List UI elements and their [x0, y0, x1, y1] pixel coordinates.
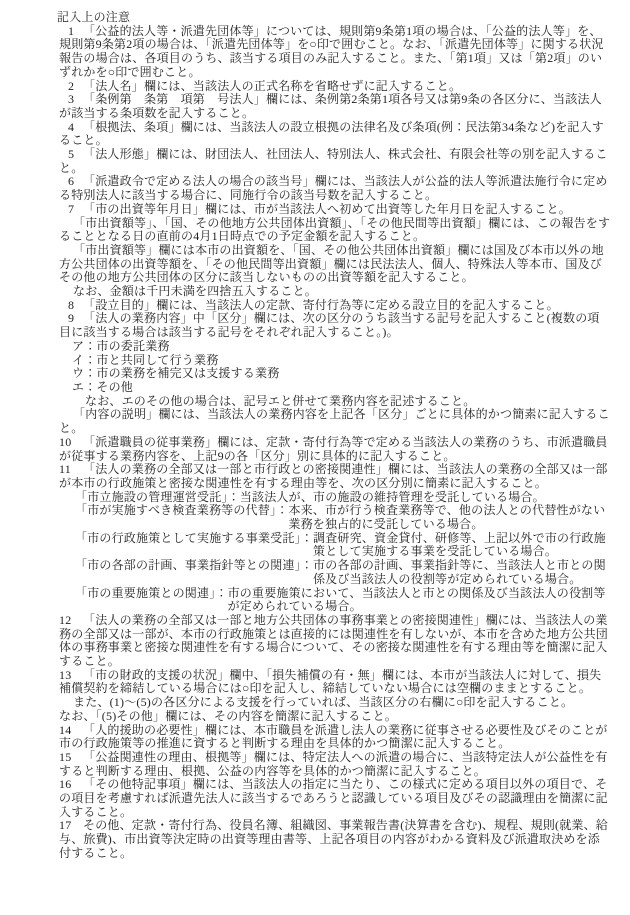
- item-paragraph: 「市出資額等」、「国、その他地方公共団体出資額」、「その他民間等出資額」欄には、…: [59, 217, 611, 244]
- item-paragraph: 12「法人の業務の全部又は一部と地方公共団体の事務事業との密接関連性」欄には、当…: [59, 614, 611, 669]
- list-item: 9「法人の業務内容」中「区分」欄には、次の区分のうち該当する記号を記入すること(…: [59, 312, 611, 435]
- list-item: 4「根拠法、条項」欄には、当該法人の設立根拠の法律名及び条項(例：民法第34条な…: [59, 121, 611, 148]
- item-text: 「内容の説明」欄には、当該法人の業務内容を上記各「区分」ごとに具体的かつ簡素に記…: [59, 407, 610, 435]
- def-description: 調査研究、資金貸付、研修等、上記以外で市の行政施策として実施する事業を受託してい…: [313, 532, 611, 559]
- def-term: 「市の行政施策として実施する事業受託」：: [75, 532, 313, 559]
- item-paragraph: 17その他、定款・寄付行為、役員名簿、組織図、事業報告書(決算書を含む)、規程、…: [59, 819, 611, 860]
- item-number: 7: [59, 203, 83, 217]
- item-paragraph: 「市出資額等」欄には本市の出資額を、「国、その他公共団体出資額」欄には国及び本市…: [59, 244, 611, 285]
- list-item: 11「法人の業務の全部又は一部と市行政との密接関連性」欄には、当該法人の業務の全…: [59, 463, 611, 614]
- item-text: 「法人名」欄には、当該法人の正式名称を省略せずに記入すること。: [83, 79, 461, 93]
- document-page: 記入上の注意 1「公益的法人等・派遣先団体等」については、規則第9条第1項の場合…: [0, 0, 630, 915]
- item-text: なお、金額は千円未満を四捨五入すること。: [73, 284, 317, 298]
- item-text: また、(1)〜(5)の各区分による支援を行っていれば、当該区分の右欄に○印を記入…: [73, 695, 573, 709]
- item-paragraph: 9「法人の業務内容」中「区分」欄には、次の区分のうち該当する記号を記入すること(…: [59, 312, 611, 339]
- list-item: 17その他、定款・寄付行為、役員名簿、組織図、事業報告書(決算書を含む)、規程、…: [59, 819, 611, 860]
- item-paragraph: 16「その他特記事項」欄には、当該法人の指定に当たり、この様式に定める項目以外の…: [59, 778, 611, 819]
- item-text: その他、定款・寄付行為、役員名簿、組織図、事業報告書(決算書を含む)、規程、規則…: [59, 818, 608, 859]
- item-text: ウ：市の業務を補完又は支援する業務: [72, 366, 279, 380]
- list-item: 14「人的援助の必要性」欄には、本市職員を派遣し法人の業務に従事させる必要性及び…: [59, 724, 611, 751]
- item-number: 11: [59, 463, 83, 477]
- list-item: 5「法人形態」欄には、財団法人、社団法人、特別法人、株式会社、有限会社等の別を記…: [59, 148, 611, 175]
- item-text: 「法人の業務内容」中「区分」欄には、次の区分のうち該当する記号を記入すること(複…: [59, 311, 600, 339]
- list-item: 3「条例第 条第 項第 号法人」欄には、条例第2条第1項各号又は第9条の各区分に…: [59, 93, 611, 120]
- item-paragraph: 14「人的援助の必要性」欄には、本市職員を派遣し法人の業務に従事させる必要性及び…: [59, 724, 611, 751]
- item-text: なお、「(5)その他」欄には、その内容を簡潔に記入すること。: [59, 709, 397, 723]
- definition-row: 「市が実施すべき検査業務等の代替」：本来、市が行う検査業務等で、他の法人との代替…: [75, 504, 611, 531]
- item-paragraph: 6「派遣政令で定める法人の場合の該当号」欄には、当該法人が公益的法人等派遣法施行…: [59, 175, 611, 202]
- definition-row: 「市の各部の計画、事業指針等との関連」：市の各部の計画、事業指針等に、当該法人と…: [75, 559, 611, 586]
- item-text: 「法人の業務の全部又は一部と市行政との密接関連性」欄には、当該法人の業務の全部又…: [59, 462, 608, 490]
- def-description: 本来、市が行う検査業務等で、他の法人との代替性がない業務を独占的に受託している場…: [288, 504, 611, 531]
- item-paragraph: 13「市の財政的支援の状況」欄中、「損失補償の有・無」欄には、本市が当該法人に対…: [59, 669, 611, 696]
- item-paragraph: 10「派遣職員の従事業務」欄には、定款・寄付行為等で定める当該法人の業務のうち、…: [59, 436, 611, 463]
- item-paragraph: ウ：市の業務を補完又は支援する業務: [72, 367, 611, 381]
- item-text: 「市出資額等」、「国、その他地方公共団体出資額」、「その他民間等出資額」欄には、…: [59, 216, 610, 244]
- definition-row: 「市の行政施策として実施する事業受託」：調査研究、資金貸付、研修等、上記以外で市…: [75, 532, 611, 559]
- item-paragraph: 11「法人の業務の全部又は一部と市行政との密接関連性」欄には、当該法人の業務の全…: [59, 463, 611, 490]
- item-paragraph: エ：その他: [72, 381, 611, 395]
- item-text: 「派遣職員の従事業務」欄には、定款・寄付行為等で定める当該法人の業務のうち、市派…: [59, 435, 608, 463]
- item-text: エ：その他: [72, 380, 133, 394]
- def-description: 市の重要施策において、当該法人と市との関係及び当該法人の役割等が定められている場…: [228, 587, 611, 614]
- item-number: 15: [59, 751, 83, 765]
- item-paragraph: なお、「(5)その他」欄には、その内容を簡潔に記入すること。: [59, 710, 611, 724]
- definition-row: 「市の重要施策との関連」：市の重要施策において、当該法人と市との関係及び当該法人…: [75, 587, 611, 614]
- item-text: 「市の財政的支援の状況」欄中、「損失補償の有・無」欄には、本市が当該法人に対して…: [59, 668, 601, 696]
- def-term: 「市が実施すべき検査業務等の代替」：: [75, 504, 288, 531]
- item-paragraph: 1「公益的法人等・派遣先団体等」については、規則第9条第1項の場合は、「公益的法…: [59, 25, 611, 80]
- item-paragraph: なお、金額は千円未満を四捨五入すること。: [59, 285, 611, 299]
- item-text: 「人的援助の必要性」欄には、本市職員を派遣し法人の業務に従事させる必要性及びその…: [59, 723, 608, 751]
- item-text: 「法人形態」欄には、財団法人、社団法人、特別法人、株式会社、有限会社等の別を記入…: [59, 147, 608, 175]
- list-item: 1「公益的法人等・派遣先団体等」については、規則第9条第1項の場合は、「公益的法…: [59, 25, 611, 80]
- item-text: 「根拠法、条項」欄には、当該法人の設立根拠の法律名及び条項(例：民法第34条など…: [59, 120, 604, 148]
- item-text: 「公益関連性の理由、根拠等」欄には、特定法人への派遣の場合に、当該特定法人が公益…: [59, 750, 608, 778]
- item-number: 10: [59, 436, 83, 450]
- list-item: 12「法人の業務の全部又は一部と地方公共団体の事務事業との密接関連性」欄には、当…: [59, 614, 611, 669]
- page-title: 記入上の注意: [57, 11, 611, 25]
- item-text: イ：市と共同して行う業務: [72, 353, 218, 367]
- item-text: 「条例第 条第 項第 号法人」欄には、条例第2条第1項各号又は第9条の各区分に、…: [59, 92, 602, 120]
- item-paragraph: 15「公益関連性の理由、根拠等」欄には、特定法人への派遣の場合に、当該特定法人が…: [59, 751, 611, 778]
- item-number: 4: [59, 121, 83, 135]
- item-text: 「設立目的」欄には、当該法人の定款、寄付行為等に定める設立目的を記入すること。: [83, 298, 559, 312]
- list-item: 7「市の出資等年月日」欄には、市が当該法人へ初めて出資等した年月日を記入すること…: [59, 203, 611, 299]
- item-number: 8: [59, 299, 83, 313]
- def-term: 「市の各部の計画、事業指針等との関連」：: [75, 559, 313, 586]
- item-paragraph: 4「根拠法、条項」欄には、当該法人の設立根拠の法律名及び条項(例：民法第34条な…: [59, 121, 611, 148]
- list-item: 10「派遣職員の従事業務」欄には、定款・寄付行為等で定める当該法人の業務のうち、…: [59, 436, 611, 463]
- item-text: 「市出資額等」欄には本市の出資額を、「国、その他公共団体出資額」欄には国及び本市…: [59, 243, 604, 284]
- item-paragraph: 5「法人形態」欄には、財団法人、社団法人、特別法人、株式会社、有限会社等の別を記…: [59, 148, 611, 175]
- item-number: 12: [59, 614, 83, 628]
- item-paragraph: また、(1)〜(5)の各区分による支援を行っていれば、当該区分の右欄に○印を記入…: [59, 696, 611, 710]
- list-item: 15「公益関連性の理由、根拠等」欄には、特定法人への派遣の場合に、当該特定法人が…: [59, 751, 611, 778]
- item-text: 「公益的法人等・派遣先団体等」については、規則第9条第1項の場合は、「公益的法人…: [59, 24, 604, 79]
- item-number: 3: [59, 93, 83, 107]
- list-item: 13「市の財政的支援の状況」欄中、「損失補償の有・無」欄には、本市が当該法人に対…: [59, 669, 611, 724]
- def-description: 市の各部の計画、事業指針等に、当該法人と市との関係及び当該法人の役割等が定められ…: [313, 559, 611, 586]
- item-paragraph: 「内容の説明」欄には、当該法人の業務内容を上記各「区分」ごとに具体的かつ簡素に記…: [59, 408, 611, 435]
- item-paragraph: 7「市の出資等年月日」欄には、市が当該法人へ初めて出資等した年月日を記入すること…: [59, 203, 611, 217]
- item-paragraph: 3「条例第 条第 項第 号法人」欄には、条例第2条第1項各号又は第9条の各区分に…: [59, 93, 611, 120]
- item-paragraph: ア：市の委託業務: [72, 340, 611, 354]
- item-number: 2: [59, 80, 83, 94]
- def-term: 「市の重要施策との関連」：: [75, 587, 228, 614]
- item-text: 「派遣政令で定める法人の場合の該当号」欄には、当該法人が公益的法人等派遣法施行令…: [59, 174, 608, 202]
- item-text: なお、エのその他の場合は、記号エと併せて業務内容を記述すること。: [85, 394, 475, 408]
- item-number: 5: [59, 148, 83, 162]
- item-text: ア：市の委託業務: [72, 339, 170, 353]
- list-item: 16「その他特記事項」欄には、当該法人の指定に当たり、この様式に定める項目以外の…: [59, 778, 611, 819]
- list-item: 6「派遣政令で定める法人の場合の該当号」欄には、当該法人が公益的法人等派遣法施行…: [59, 175, 611, 202]
- item-text: 「市の出資等年月日」欄には、市が当該法人へ初めて出資等した年月日を記入すること。: [83, 202, 571, 216]
- item-text: 「その他特記事項」欄には、当該法人の指定に当たり、この様式に定める項目以外の項目…: [59, 777, 608, 818]
- item-text: 「法人の業務の全部又は一部と地方公共団体の事務事業との密接関連性」欄には、当該法…: [59, 613, 608, 668]
- notes-list: 1「公益的法人等・派遣先団体等」については、規則第9条第1項の場合は、「公益的法…: [59, 25, 611, 861]
